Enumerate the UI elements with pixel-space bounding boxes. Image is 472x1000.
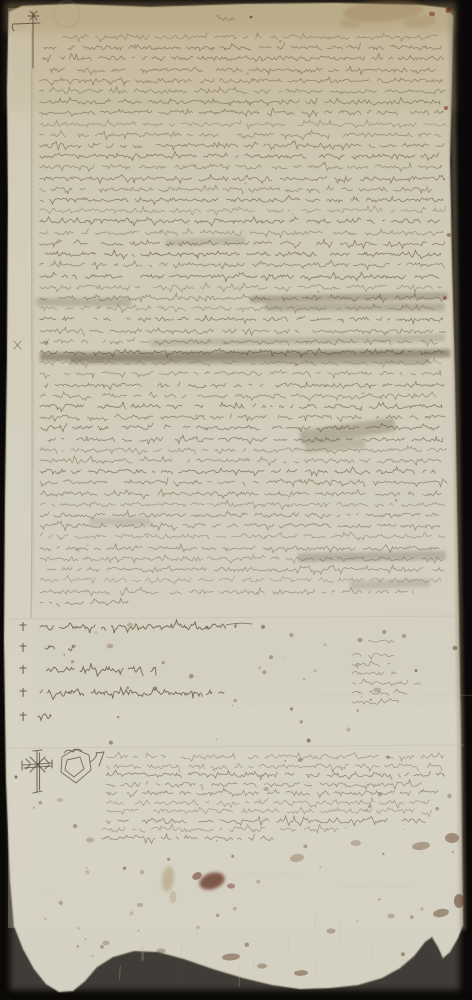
manuscript-photo bbox=[0, 0, 472, 1000]
parchment-artwork bbox=[0, 0, 472, 1000]
